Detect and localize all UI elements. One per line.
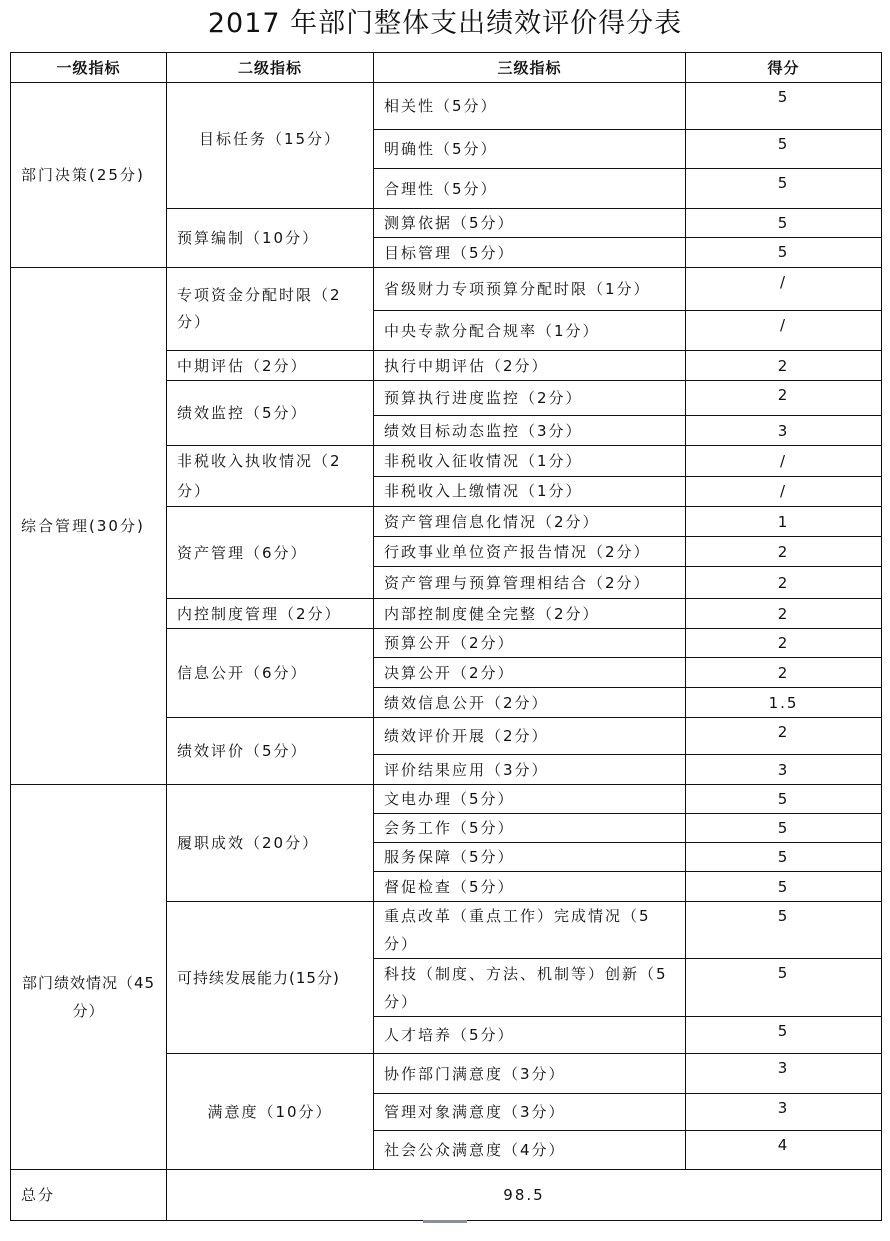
- level3-cell: 文电办理（5分）: [374, 785, 686, 814]
- level3-cell: 合理性（5分）: [374, 169, 686, 209]
- level1-cell: 部门绩效情况（45分）: [11, 785, 167, 1170]
- level3-cell: 决算公开（2分）: [374, 658, 686, 688]
- level3-cell: 资产管理与预算管理相结合（2分）: [374, 567, 686, 599]
- score-cell: 5: [686, 959, 882, 1017]
- score-cell: 5: [686, 169, 882, 209]
- score-cell: /: [686, 476, 882, 507]
- level3-cell: 服务保障（5分）: [374, 843, 686, 872]
- score-cell: 5: [686, 1017, 882, 1054]
- level3-cell: 中央专款分配合规率（1分）: [374, 311, 686, 351]
- total-label: 总分: [11, 1170, 167, 1221]
- score-cell: 2: [686, 718, 882, 755]
- header-level1: 一级指标: [11, 53, 167, 83]
- table-row: 部门绩效情况（45分） 履职成效（20分） 文电办理（5分） 5: [11, 785, 882, 814]
- level3-cell: 目标管理（5分）: [374, 238, 686, 268]
- level3-cell: 会务工作（5分）: [374, 814, 686, 843]
- score-table: 一级指标 二级指标 三级指标 得分 部门决策(25分) 目标任务（15分） 相关…: [10, 52, 882, 1221]
- score-cell: 5: [686, 83, 882, 130]
- level3-cell: 预算公开（2分）: [374, 629, 686, 658]
- score-cell: 5: [686, 843, 882, 872]
- total-row: 总分 98.5: [11, 1170, 882, 1221]
- score-cell: 3: [686, 755, 882, 785]
- level2-cell: 目标任务（15分）: [167, 83, 374, 209]
- level3-cell: 明确性（5分）: [374, 130, 686, 169]
- total-value: 98.5: [167, 1170, 882, 1221]
- score-cell: 5: [686, 814, 882, 843]
- score-cell: 2: [686, 629, 882, 658]
- level3-cell: 省级财力专项预算分配时限（1分）: [374, 268, 686, 311]
- score-cell: 2: [686, 537, 882, 567]
- level3-cell: 预算执行进度监控（2分）: [374, 381, 686, 416]
- level3-cell: 社会公众满意度（4分）: [374, 1131, 686, 1170]
- score-cell: 2: [686, 599, 882, 629]
- score-cell: 3: [686, 416, 882, 446]
- level3-cell: 评价结果应用（3分）: [374, 755, 686, 785]
- level3-cell: 相关性（5分）: [374, 83, 686, 130]
- score-cell: 5: [686, 209, 882, 238]
- level3-cell: 执行中期评估（2分）: [374, 351, 686, 381]
- level3-cell: 绩效信息公开（2分）: [374, 688, 686, 718]
- header-score: 得分: [686, 53, 882, 83]
- level3-cell: 非税收入征收情况（1分）: [374, 446, 686, 477]
- level2-cell: 绩效评价（5分）: [167, 718, 374, 785]
- level3-cell: 测算依据（5分）: [374, 209, 686, 238]
- score-cell: 5: [686, 130, 882, 169]
- score-cell: 5: [686, 902, 882, 959]
- score-cell: /: [686, 268, 882, 311]
- level2-cell: 预算编制（10分）: [167, 209, 374, 268]
- score-cell: 2: [686, 567, 882, 599]
- level2-cell: 可持续发展能力(15分): [167, 902, 374, 1054]
- level3-cell: 非税收入上缴情况（1分）: [374, 476, 686, 507]
- score-cell: /: [686, 311, 882, 351]
- level3-cell: 督促检查（5分）: [374, 872, 686, 902]
- level2-cell: 绩效监控（5分）: [167, 381, 374, 446]
- level3-cell: 重点改革（重点工作）完成情况（5分）: [374, 902, 686, 959]
- level2-cell: 信息公开（6分）: [167, 629, 374, 718]
- score-cell: 2: [686, 381, 882, 416]
- score-cell: 3: [686, 1054, 882, 1094]
- level3-cell: 绩效目标动态监控（3分）: [374, 416, 686, 446]
- level3-cell: 绩效评价开展（2分）: [374, 718, 686, 755]
- score-cell: 2: [686, 658, 882, 688]
- table-header-row: 一级指标 二级指标 三级指标 得分: [11, 53, 882, 83]
- level3-cell: 资产管理信息化情况（2分）: [374, 507, 686, 537]
- score-cell: 3: [686, 1094, 882, 1131]
- level3-cell: 协作部门满意度（3分）: [374, 1054, 686, 1094]
- score-cell: 4: [686, 1131, 882, 1170]
- level2-cell: 履职成效（20分）: [167, 785, 374, 902]
- level3-cell: 内部控制度健全完整（2分）: [374, 599, 686, 629]
- score-cell: 5: [686, 238, 882, 268]
- level2-cell: 满意度（10分）: [167, 1054, 374, 1170]
- level2-cell: 内控制度管理（2分）: [167, 599, 374, 629]
- scroll-indicator: [423, 1220, 467, 1223]
- level2-cell: 非税收入执收情况（2分）: [167, 446, 374, 507]
- score-cell: 5: [686, 872, 882, 902]
- level2-cell: 专项资金分配时限（2分）: [167, 268, 374, 351]
- header-level2: 二级指标: [167, 53, 374, 83]
- level2-cell: 中期评估（2分）: [167, 351, 374, 381]
- score-cell: /: [686, 446, 882, 477]
- level3-cell: 行政事业单位资产报告情况（2分）: [374, 537, 686, 567]
- table-row: 综合管理(30分) 专项资金分配时限（2分） 省级财力专项预算分配时限（1分） …: [11, 268, 882, 311]
- level1-cell: 综合管理(30分): [11, 268, 167, 785]
- level3-cell: 人才培养（5分）: [374, 1017, 686, 1054]
- level3-cell: 管理对象满意度（3分）: [374, 1094, 686, 1131]
- score-cell: 1: [686, 507, 882, 537]
- score-cell: 1.5: [686, 688, 882, 718]
- score-cell: 5: [686, 785, 882, 814]
- score-cell: 2: [686, 351, 882, 381]
- level1-cell: 部门决策(25分): [11, 83, 167, 268]
- page-title: 2017 年部门整体支出绩效评价得分表: [0, 2, 890, 46]
- table-row: 部门决策(25分) 目标任务（15分） 相关性（5分） 5: [11, 83, 882, 130]
- level2-cell: 资产管理（6分）: [167, 507, 374, 599]
- header-level3: 三级指标: [374, 53, 686, 83]
- level3-cell: 科技（制度、方法、机制等）创新（5分）: [374, 959, 686, 1017]
